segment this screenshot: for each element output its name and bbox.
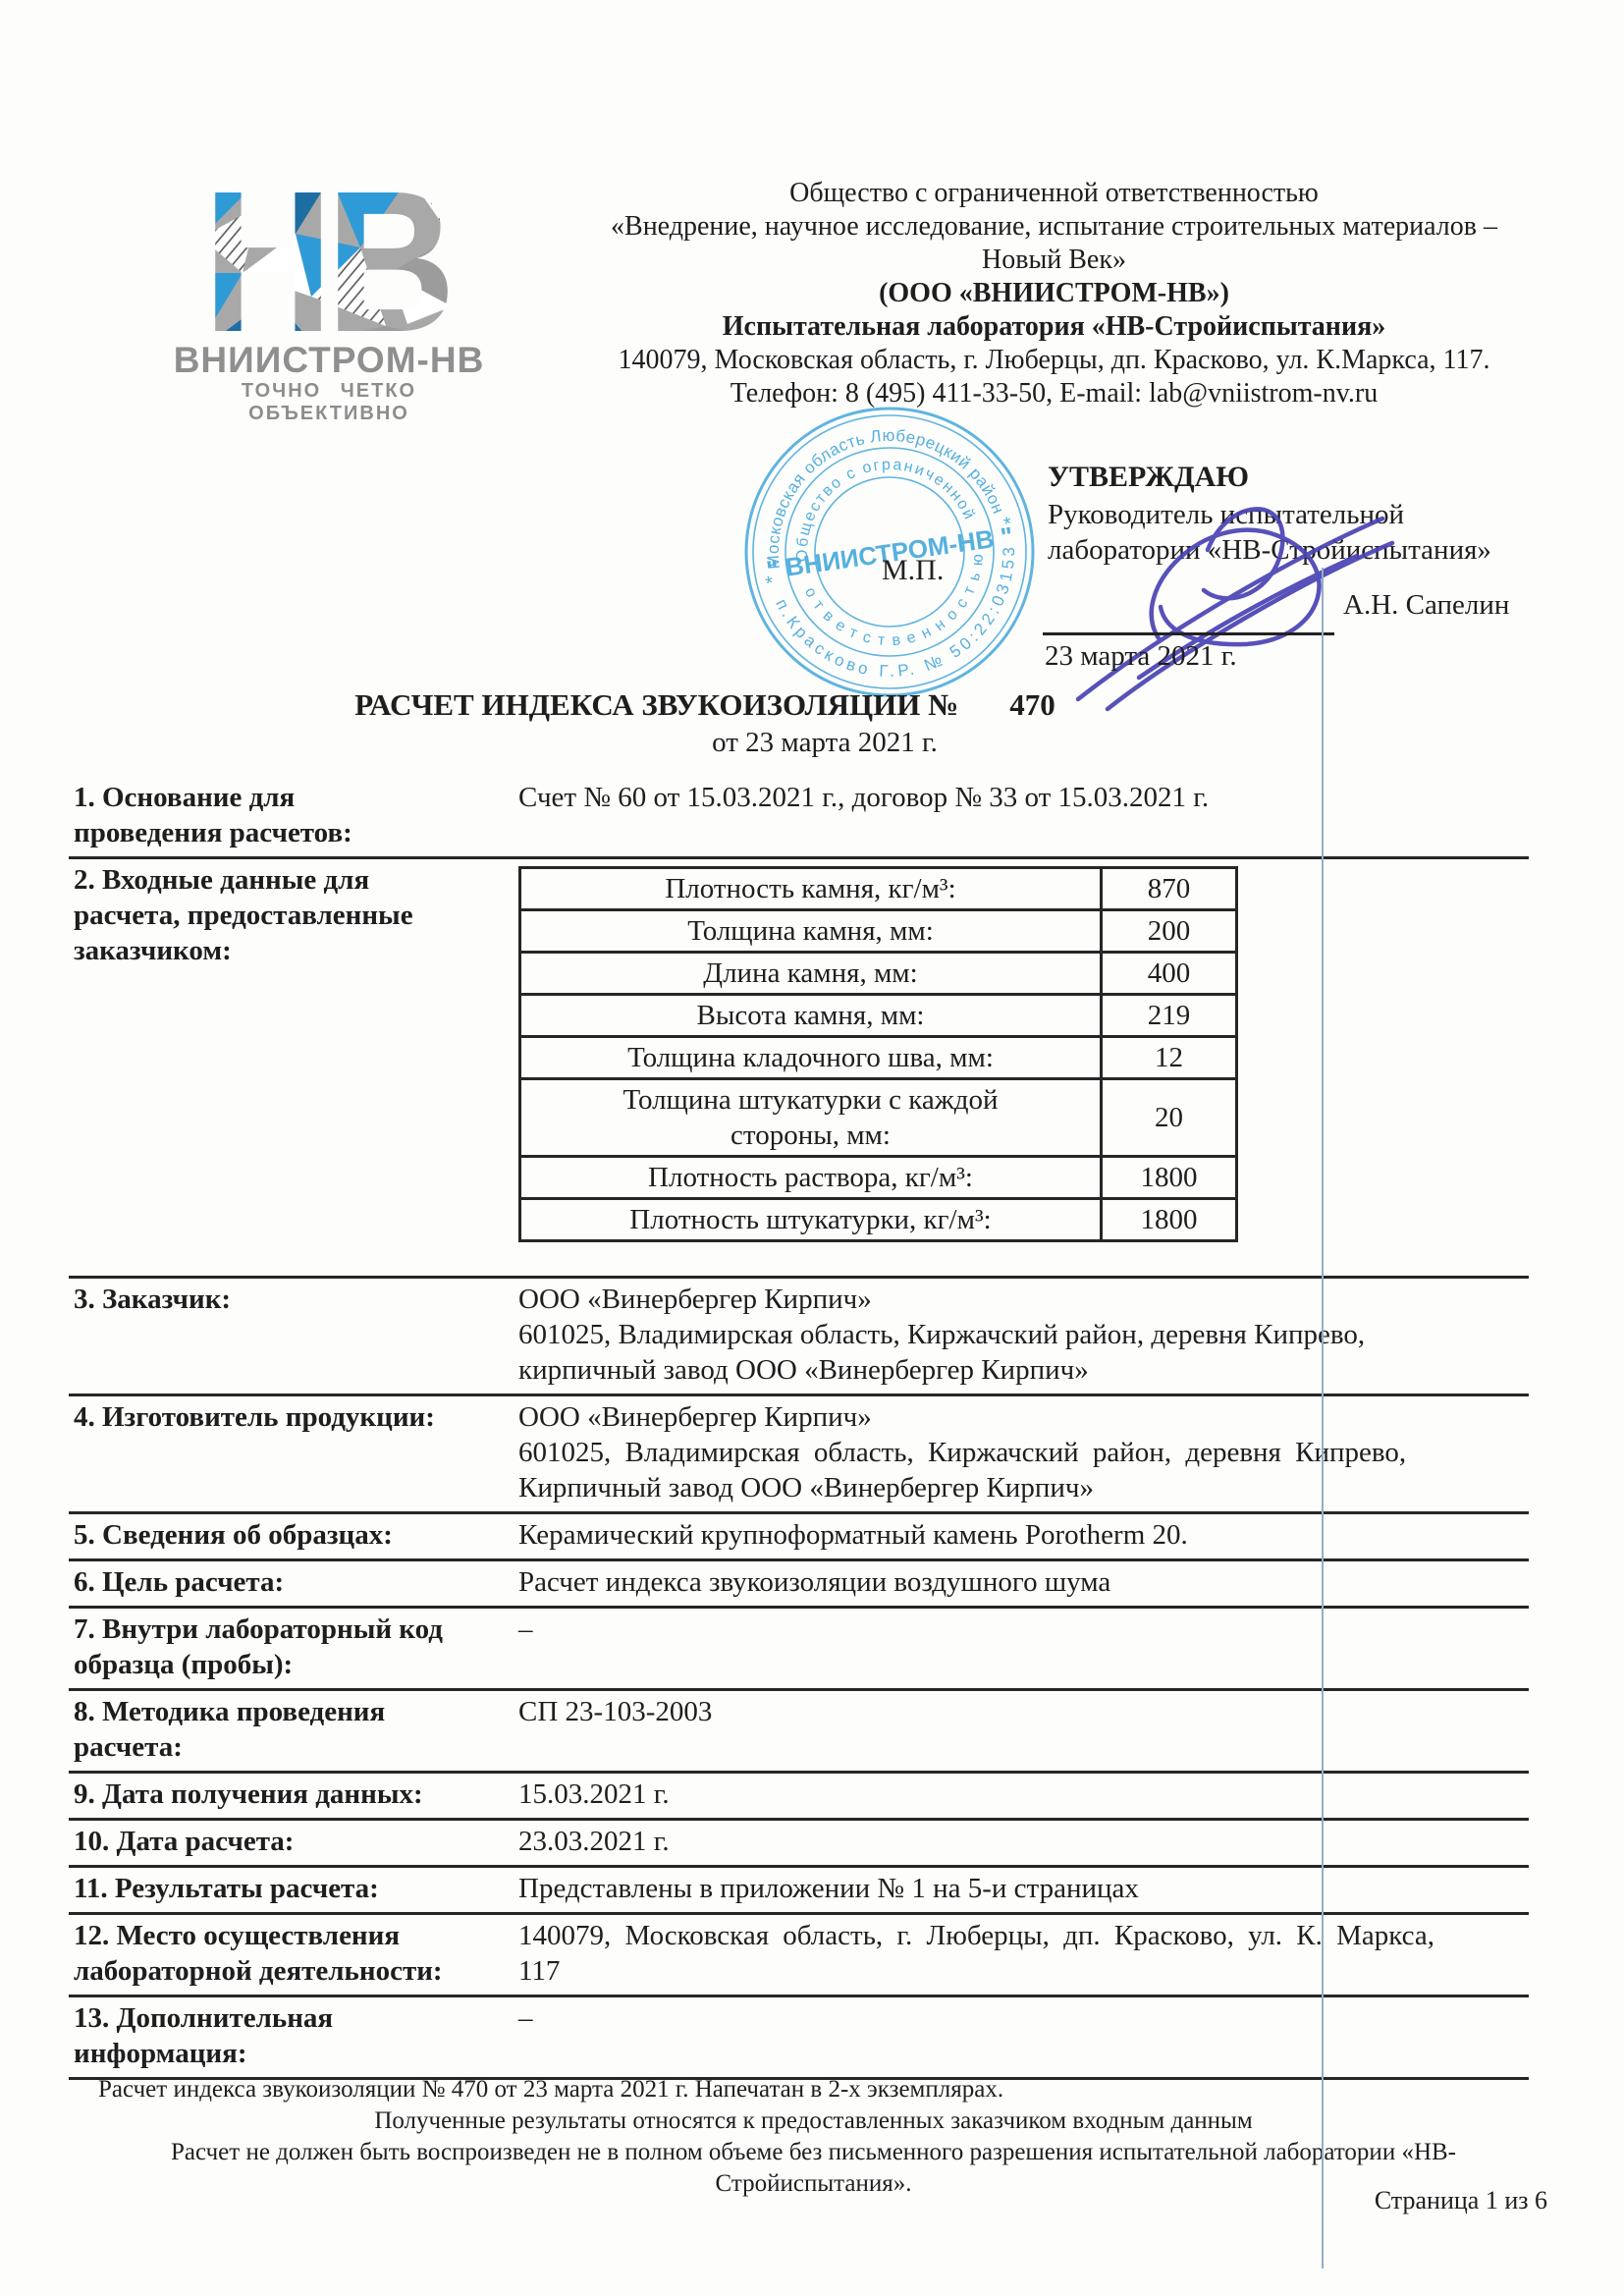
row-label: 2. Входные данные длярасчета, предоставл… bbox=[69, 859, 518, 1276]
approval-date: 23 марта 2021 г. bbox=[1045, 640, 1237, 673]
page-number: Страница 1 из 6 bbox=[1306, 2186, 1547, 2215]
parameter-name-line: Толщина штукатурки с каждой bbox=[525, 1082, 1096, 1118]
row-label-line: 1. Основание для bbox=[74, 780, 513, 815]
parameter-value-cell: 20 bbox=[1103, 1080, 1235, 1155]
parameter-name-line: Высота камня, мм: bbox=[525, 998, 1096, 1033]
row-value-line: Счет № 60 от 15.03.2021 г., договор № 33… bbox=[518, 780, 1529, 815]
org-header-line: «Внедрение, научное исследование, испыта… bbox=[579, 210, 1529, 244]
row-label: 5. Сведения об образцах: bbox=[69, 1514, 518, 1558]
parameter-name-line: Толщина камня, мм: bbox=[525, 913, 1096, 949]
org-header-line: Новый Век» bbox=[579, 244, 1529, 277]
round-stamp: Московская область Люберецкий район п.Кр… bbox=[738, 403, 1041, 703]
input-table-row: Плотность камня, кг/м³:870 bbox=[521, 869, 1235, 911]
row-label-line: 12. Место осуществления bbox=[74, 1918, 513, 1953]
row-value-line: – bbox=[518, 2000, 1529, 2036]
row-value: Расчет индекса звукоизоляции воздушного … bbox=[518, 1561, 1529, 1606]
row-label: 1. Основание дляпроведения расчетов: bbox=[69, 777, 518, 856]
row-value-line: Расчет индекса звукоизоляции воздушного … bbox=[518, 1564, 1529, 1600]
main-table: 1. Основание дляпроведения расчетов:Счет… bbox=[69, 777, 1529, 2080]
row-value-line: кирпичный завод ООО «Винербергер Кирпич» bbox=[518, 1352, 1529, 1388]
table-row: 3. Заказчик:ООО «Винербергер Кирпич»6010… bbox=[69, 1279, 1529, 1396]
org-short-name: (ООО «ВНИИСТРОМ-НВ») bbox=[579, 277, 1529, 310]
footer-note-line: Полученные результаты относятся к предос… bbox=[98, 2105, 1529, 2137]
input-table-row: Плотность штукатурки, кг/м³:1800 bbox=[521, 1200, 1235, 1239]
row-label: 4. Изготовитель продукции: bbox=[69, 1396, 518, 1511]
footer-note-line: Расчет индекса звукоизоляции № 470 от 23… bbox=[98, 2074, 1529, 2105]
document-number: 470 bbox=[1009, 687, 1055, 723]
table-row: 2. Входные данные длярасчета, предоставл… bbox=[69, 859, 1529, 1279]
row-label: 3. Заказчик: bbox=[69, 1279, 518, 1394]
row-label: 12. Место осуществлениялабораторной деят… bbox=[69, 1915, 518, 1995]
row-label: 6. Цель расчета: bbox=[69, 1561, 518, 1606]
row-value: ООО «Винербергер Кирпич»601025, Владимир… bbox=[518, 1279, 1529, 1394]
document-title: РАСЧЕТ ИНДЕКСА ЗВУКОИЗОЛЯЦИИ №470 bbox=[69, 687, 1341, 723]
row-value-line: Керамический крупноформатный камень Poro… bbox=[518, 1517, 1529, 1553]
table-row: 5. Сведения об образцах:Керамический кру… bbox=[69, 1514, 1529, 1561]
org-header-line: Общество с ограниченной ответственностью bbox=[579, 177, 1529, 210]
row-value: 15.03.2021 г. bbox=[518, 1774, 1529, 1818]
row-label: 11. Результаты расчета: bbox=[69, 1868, 518, 1912]
footer-note-line: Расчет не должен быть воспроизведен не в… bbox=[98, 2137, 1529, 2168]
parameter-name-cell: Толщина кладочного шва, мм: bbox=[521, 1038, 1103, 1077]
row-label-line: 13. Дополнительная bbox=[74, 2000, 513, 2036]
row-label-line: 2. Входные данные для bbox=[74, 862, 513, 898]
parameter-name-cell: Толщина камня, мм: bbox=[521, 911, 1103, 951]
org-header: Общество с ограниченной ответственностью… bbox=[579, 177, 1529, 410]
document-title-date: от 23 марта 2021 г. bbox=[69, 727, 1581, 759]
table-row: 10. Дата расчета:23.03.2021 г. bbox=[69, 1821, 1529, 1868]
row-value-line: Представлены в приложении № 1 на 5-и стр… bbox=[518, 1871, 1529, 1906]
row-value-line: 140079, Московская область, г. Люберцы, … bbox=[518, 1918, 1529, 1953]
signer-name: А.Н. Сапелин bbox=[1343, 589, 1509, 622]
mp-seal-label: М.П. bbox=[882, 554, 944, 587]
table-row: 7. Внутри лабораторный кодобразца (пробы… bbox=[69, 1609, 1529, 1691]
row-label-line: 10. Дата расчета: bbox=[74, 1824, 513, 1859]
row-value: Плотность камня, кг/м³:870Толщина камня,… bbox=[518, 859, 1529, 1276]
row-label: 10. Дата расчета: bbox=[69, 1821, 518, 1865]
row-value: ООО «Винербергер Кирпич»601025, Владимир… bbox=[518, 1396, 1529, 1511]
row-label-line: 7. Внутри лабораторный код bbox=[74, 1612, 513, 1647]
row-label: 7. Внутри лабораторный кодобразца (пробы… bbox=[69, 1609, 518, 1688]
parameter-value-cell: 400 bbox=[1103, 954, 1235, 993]
row-label-line: информация: bbox=[74, 2036, 513, 2071]
row-value-line: 15.03.2021 г. bbox=[518, 1777, 1529, 1812]
parameter-name-line: Плотность штукатурки, кг/м³: bbox=[525, 1202, 1096, 1237]
row-value-line: ООО «Винербергер Кирпич» bbox=[518, 1399, 1529, 1435]
table-row: 12. Место осуществлениялабораторной деят… bbox=[69, 1915, 1529, 1997]
document-page: НВ ВНИИСТРО bbox=[0, 0, 1623, 2296]
parameter-name-cell: Толщина штукатурки с каждойстороны, мм: bbox=[521, 1080, 1103, 1155]
input-data-table: Плотность камня, кг/м³:870Толщина камня,… bbox=[518, 866, 1238, 1242]
input-table-row: Высота камня, мм:219 bbox=[521, 996, 1235, 1038]
row-label-line: 5. Сведения об образцах: bbox=[74, 1517, 513, 1553]
row-label: 9. Дата получения данных: bbox=[69, 1774, 518, 1818]
row-label: 13. Дополнительнаяинформация: bbox=[69, 1997, 518, 2077]
parameter-name-line: Длина камня, мм: bbox=[525, 956, 1096, 991]
parameter-value-cell: 870 bbox=[1103, 869, 1235, 908]
parameter-name-line: Толщина кладочного шва, мм: bbox=[525, 1040, 1096, 1075]
table-row: 8. Методика проведениярасчета:СП 23-103-… bbox=[69, 1691, 1529, 1774]
footer-notes: Расчет индекса звукоизоляции № 470 от 23… bbox=[98, 2074, 1529, 2200]
input-table-row: Толщина штукатурки с каждойстороны, мм:2… bbox=[521, 1080, 1235, 1158]
row-value-line: 601025, Владимирская область, Киржачский… bbox=[518, 1317, 1529, 1352]
parameter-name-line: Плотность камня, кг/м³: bbox=[525, 871, 1096, 906]
parameter-value-cell: 219 bbox=[1103, 996, 1235, 1035]
table-row: 6. Цель расчета:Расчет индекса звукоизол… bbox=[69, 1561, 1529, 1609]
parameter-value-cell: 200 bbox=[1103, 911, 1235, 951]
row-value-line: 117 bbox=[518, 1953, 1529, 1989]
parameter-name-cell: Длина камня, мм: bbox=[521, 954, 1103, 993]
parameter-value-cell: 12 bbox=[1103, 1038, 1235, 1077]
row-value: СП 23-103-2003 bbox=[518, 1691, 1529, 1771]
input-table-row: Толщина камня, мм:200 bbox=[521, 911, 1235, 954]
logo-mosaic bbox=[201, 177, 452, 342]
table-row: 11. Результаты расчета:Представлены в пр… bbox=[69, 1868, 1529, 1915]
row-label-line: расчета: bbox=[74, 1729, 513, 1765]
row-value: – bbox=[518, 1609, 1529, 1688]
table-row: 1. Основание дляпроведения расчетов:Счет… bbox=[69, 777, 1529, 859]
parameter-value-cell: 1800 bbox=[1103, 1200, 1235, 1239]
row-label-line: 6. Цель расчета: bbox=[74, 1564, 513, 1600]
row-label-line: 8. Методика проведения bbox=[74, 1694, 513, 1729]
row-label-line: проведения расчетов: bbox=[74, 815, 513, 850]
signature-line bbox=[1043, 632, 1334, 635]
row-value-line: – bbox=[518, 1612, 1529, 1647]
row-label-line: расчета, предоставленные bbox=[74, 898, 513, 933]
row-value: Представлены в приложении № 1 на 5-и стр… bbox=[518, 1868, 1529, 1912]
row-label-line: 9. Дата получения данных: bbox=[74, 1777, 513, 1812]
logo-slogan: ТОЧНО ЧЕТКО ОБЪЕКТИВНО bbox=[169, 380, 489, 425]
parameter-name-cell: Плотность камня, кг/м³: bbox=[521, 869, 1103, 908]
table-row: 4. Изготовитель продукции:ООО «Винерберг… bbox=[69, 1396, 1529, 1514]
input-table-row: Толщина кладочного шва, мм:12 bbox=[521, 1038, 1235, 1080]
org-contacts: Телефон: 8 (495) 411-33-50, E-mail: lab@… bbox=[579, 377, 1529, 410]
row-value-line: СП 23-103-2003 bbox=[518, 1694, 1529, 1729]
parameter-name-line: Плотность раствора, кг/м³: bbox=[525, 1160, 1096, 1195]
company-logo-monogram: НВ bbox=[201, 177, 452, 342]
lab-name: Испытательная лаборатория «НВ-Стройиспыт… bbox=[579, 310, 1529, 344]
input-table-row: Длина камня, мм:400 bbox=[521, 954, 1235, 996]
row-label: 8. Методика проведениярасчета: bbox=[69, 1691, 518, 1771]
row-value: Счет № 60 от 15.03.2021 г., договор № 33… bbox=[518, 777, 1529, 856]
row-label-line: 11. Результаты расчета: bbox=[74, 1871, 513, 1906]
row-label-line: лабораторной деятельности: bbox=[74, 1953, 513, 1989]
row-value: 23.03.2021 г. bbox=[518, 1821, 1529, 1865]
row-label-line: 3. Заказчик: bbox=[74, 1282, 513, 1317]
row-value: Керамический крупноформатный камень Poro… bbox=[518, 1514, 1529, 1558]
logo-company-name: ВНИИСТРОМ-НВ bbox=[169, 340, 489, 381]
row-label-line: образца (пробы): bbox=[74, 1647, 513, 1682]
document-title-text: РАСЧЕТ ИНДЕКСА ЗВУКОИЗОЛЯЦИИ № bbox=[354, 687, 958, 722]
parameter-name-line: стороны, мм: bbox=[525, 1118, 1096, 1153]
parameter-name-cell: Плотность раствора, кг/м³: bbox=[521, 1158, 1103, 1197]
org-address: 140079, Московская область, г. Люберцы, … bbox=[579, 344, 1529, 377]
parameter-value-cell: 1800 bbox=[1103, 1158, 1235, 1197]
table-row: 9. Дата получения данных:15.03.2021 г. bbox=[69, 1774, 1529, 1821]
row-value-line: 23.03.2021 г. bbox=[518, 1824, 1529, 1859]
row-value-line: Кирпичный завод ООО «Винербергер Кирпич» bbox=[518, 1470, 1529, 1505]
table-row: 13. Дополнительнаяинформация:– bbox=[69, 1997, 1529, 2080]
row-label-line: заказчиком: bbox=[74, 933, 513, 968]
row-value: 140079, Московская область, г. Люберцы, … bbox=[518, 1915, 1529, 1995]
input-table-row: Плотность раствора, кг/м³:1800 bbox=[521, 1158, 1235, 1200]
vertical-scan-rule bbox=[1322, 568, 1324, 2269]
row-value: – bbox=[518, 1997, 1529, 2077]
row-value-line: ООО «Винербергер Кирпич» bbox=[518, 1282, 1529, 1317]
row-value-line: 601025, Владимирская область, Киржачский… bbox=[518, 1435, 1529, 1470]
parameter-name-cell: Плотность штукатурки, кг/м³: bbox=[521, 1200, 1103, 1239]
row-label-line: 4. Изготовитель продукции: bbox=[74, 1399, 513, 1435]
parameter-name-cell: Высота камня, мм: bbox=[521, 996, 1103, 1035]
